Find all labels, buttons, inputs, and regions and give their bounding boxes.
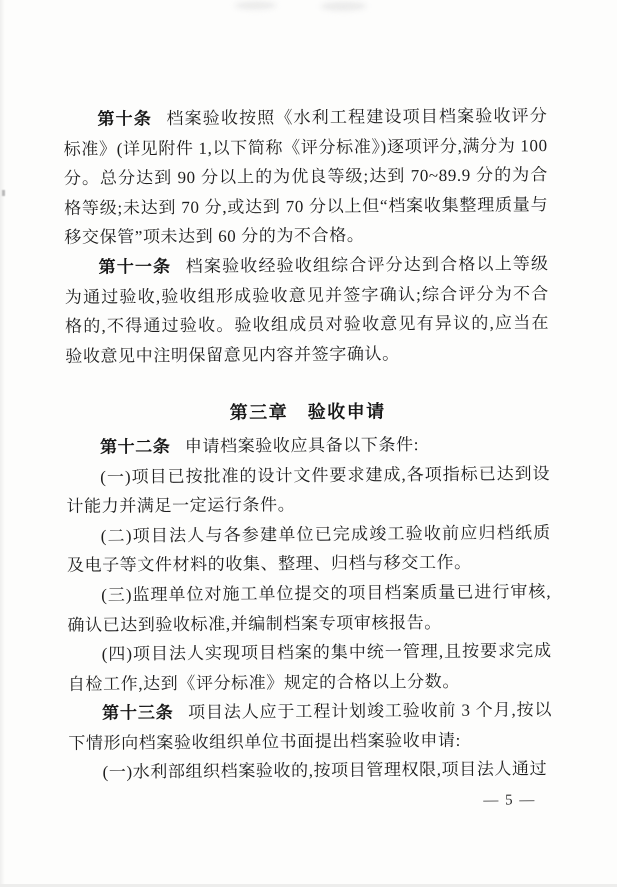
article-10-label: 第十条 [97,109,152,128]
article-11-label: 第十一条 [99,257,172,277]
chapter-3-heading: 第三章 验收申请 [66,396,550,429]
article-12-item-4-text: (四)项目法人实现项目档案的集中统一管理,且按要求完成自检工作,达到《评分标准》… [68,641,552,693]
article-12-item-2-text: (二)项目法人与各参建单位已完成竣工验收前应归档纸质及电子等文件材料的收集、整理… [67,523,551,575]
article-13-label: 第十三条 [102,703,174,723]
article-12-paragraph: 第十二条申请档案验收应具备以下条件: [66,429,550,462]
scan-left-edge [0,0,5,887]
article-12-label: 第十二条 [100,437,171,457]
scan-smudge [321,2,367,11]
article-10-paragraph: 第十条档案验收按照《水利工程建设项目档案验收评分标准》(详见附件 1,以下简称《… [63,101,548,253]
article-12-item-3-text: (三)监理单位对施工单位提交的项目档案质量已进行审核,确认已达到验收标准,并编制… [67,582,551,634]
article-12-item-2: (二)项目法人与各参建单位已完成竣工验收前应归档纸质及电子等文件材料的收集、整理… [67,518,551,581]
scanned-document-page: 第十条档案验收按照《水利工程建设项目档案验收评分标准》(详见附件 1,以下简称《… [0,0,617,887]
article-12-item-1-text: (一)项目已按批准的设计文件要求建成,各项指标已达到设计能力并满足一定运行条件。 [66,464,550,516]
article-11-paragraph: 第十一条档案验收经验收组综合评分达到合格以上等级为通过验收,验收组形成验收意见并… [64,249,549,371]
article-13-paragraph: 第十三条项目法人应于工程计划竣工验收前 3 个月,按以下情形向档案验收组织单位书… [68,695,552,758]
article-12-item-1: (一)项目已按批准的设计文件要求建成,各项指标已达到设计能力并满足一定运行条件。 [66,459,550,522]
article-12-text: 申请档案验收应具备以下条件: [185,435,419,456]
article-13-item-1: (一)水利部组织档案验收的,按项目管理权限,项目法人通过 [68,755,552,788]
article-13-item-1-text: (一)水利部组织档案验收的,按项目管理权限,项目法人通过 [103,760,548,782]
scan-smudge [235,1,277,9]
document-body: 第十条档案验收按照《水利工程建设项目档案验收评分标准》(详见附件 1,以下简称《… [63,101,552,788]
scan-tilt-wrapper: 第十条档案验收按照《水利工程建设项目档案验收评分标准》(详见附件 1,以下简称《… [0,0,617,887]
article-12-item-3: (三)监理单位对施工单位提交的项目档案质量已进行审核,确认已达到验收标准,并编制… [67,577,551,640]
article-12-item-4: (四)项目法人实现项目档案的集中统一管理,且按要求完成自检工作,达到《评分标准》… [68,636,552,699]
page-number: — 5 — [483,792,536,809]
scan-speck [2,190,5,196]
